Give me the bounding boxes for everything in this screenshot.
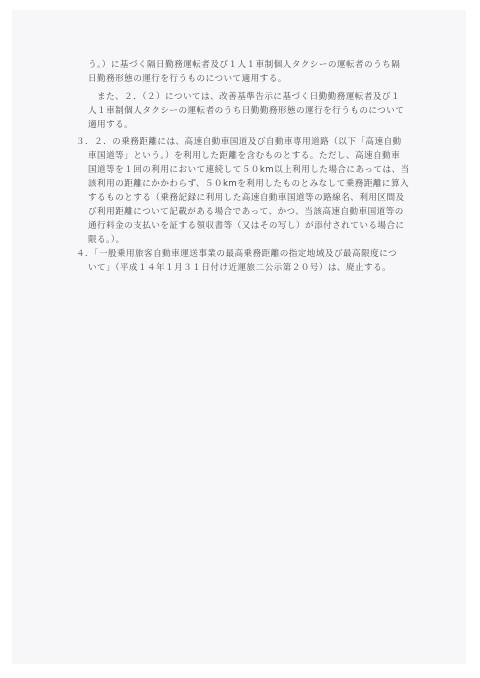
text-line: また、２．（２）については、改善基準告示に基づく日勤勤務運転者及び１: [97, 92, 400, 102]
text-line: いて」（平成１４年１月３１日付け近運旅二公示第２０号）は、廃止する。: [88, 263, 391, 273]
text-line: 国道等を１回の利用において連続して５０km以上利用した場合にあっては、当: [88, 165, 410, 175]
text-line: 人１車制個人タクシーの運転者のうち日勤勤務形態の運行を行うものについて: [88, 106, 404, 116]
item-3-heading-line: ３．２．の乗務距離には、高速自動車国道及び自動車専用道路（以下「高速自動: [76, 137, 402, 147]
text-line: 通行料金の支払いを証する領収書等（又はその写し）が添付されている場合に: [88, 221, 405, 231]
text-line: するものとする（乗務記録に利用した高速自動車国道等の路線名、利用区間及: [88, 193, 405, 203]
text-line: う。）に基づく隔日勤務運転者及び１人１車制個人タクシーの運転者のうち隔: [88, 60, 400, 70]
item-4-heading-line: ４．「一般乗用旅客自動車運送事業の最高乗務距離の指定地域及び最高限度につ: [76, 249, 397, 259]
text-line: 日勤務形態の運行を行うものについて適用する。: [88, 74, 287, 84]
text-line: び利用距離について記載がある場合であって、かつ、当該高速自動車国道等の: [88, 207, 404, 217]
text-line: 該利用の距離にかかわらず、５０kmを利用したものとみなして乗務距離に算入: [88, 179, 409, 189]
text-line: 限る。）。: [88, 235, 125, 245]
text-line: 適用する。: [88, 120, 133, 130]
text-line: 車国道等」という。）を利用した距離を含むものとする。ただし、高速自動車: [88, 151, 400, 161]
